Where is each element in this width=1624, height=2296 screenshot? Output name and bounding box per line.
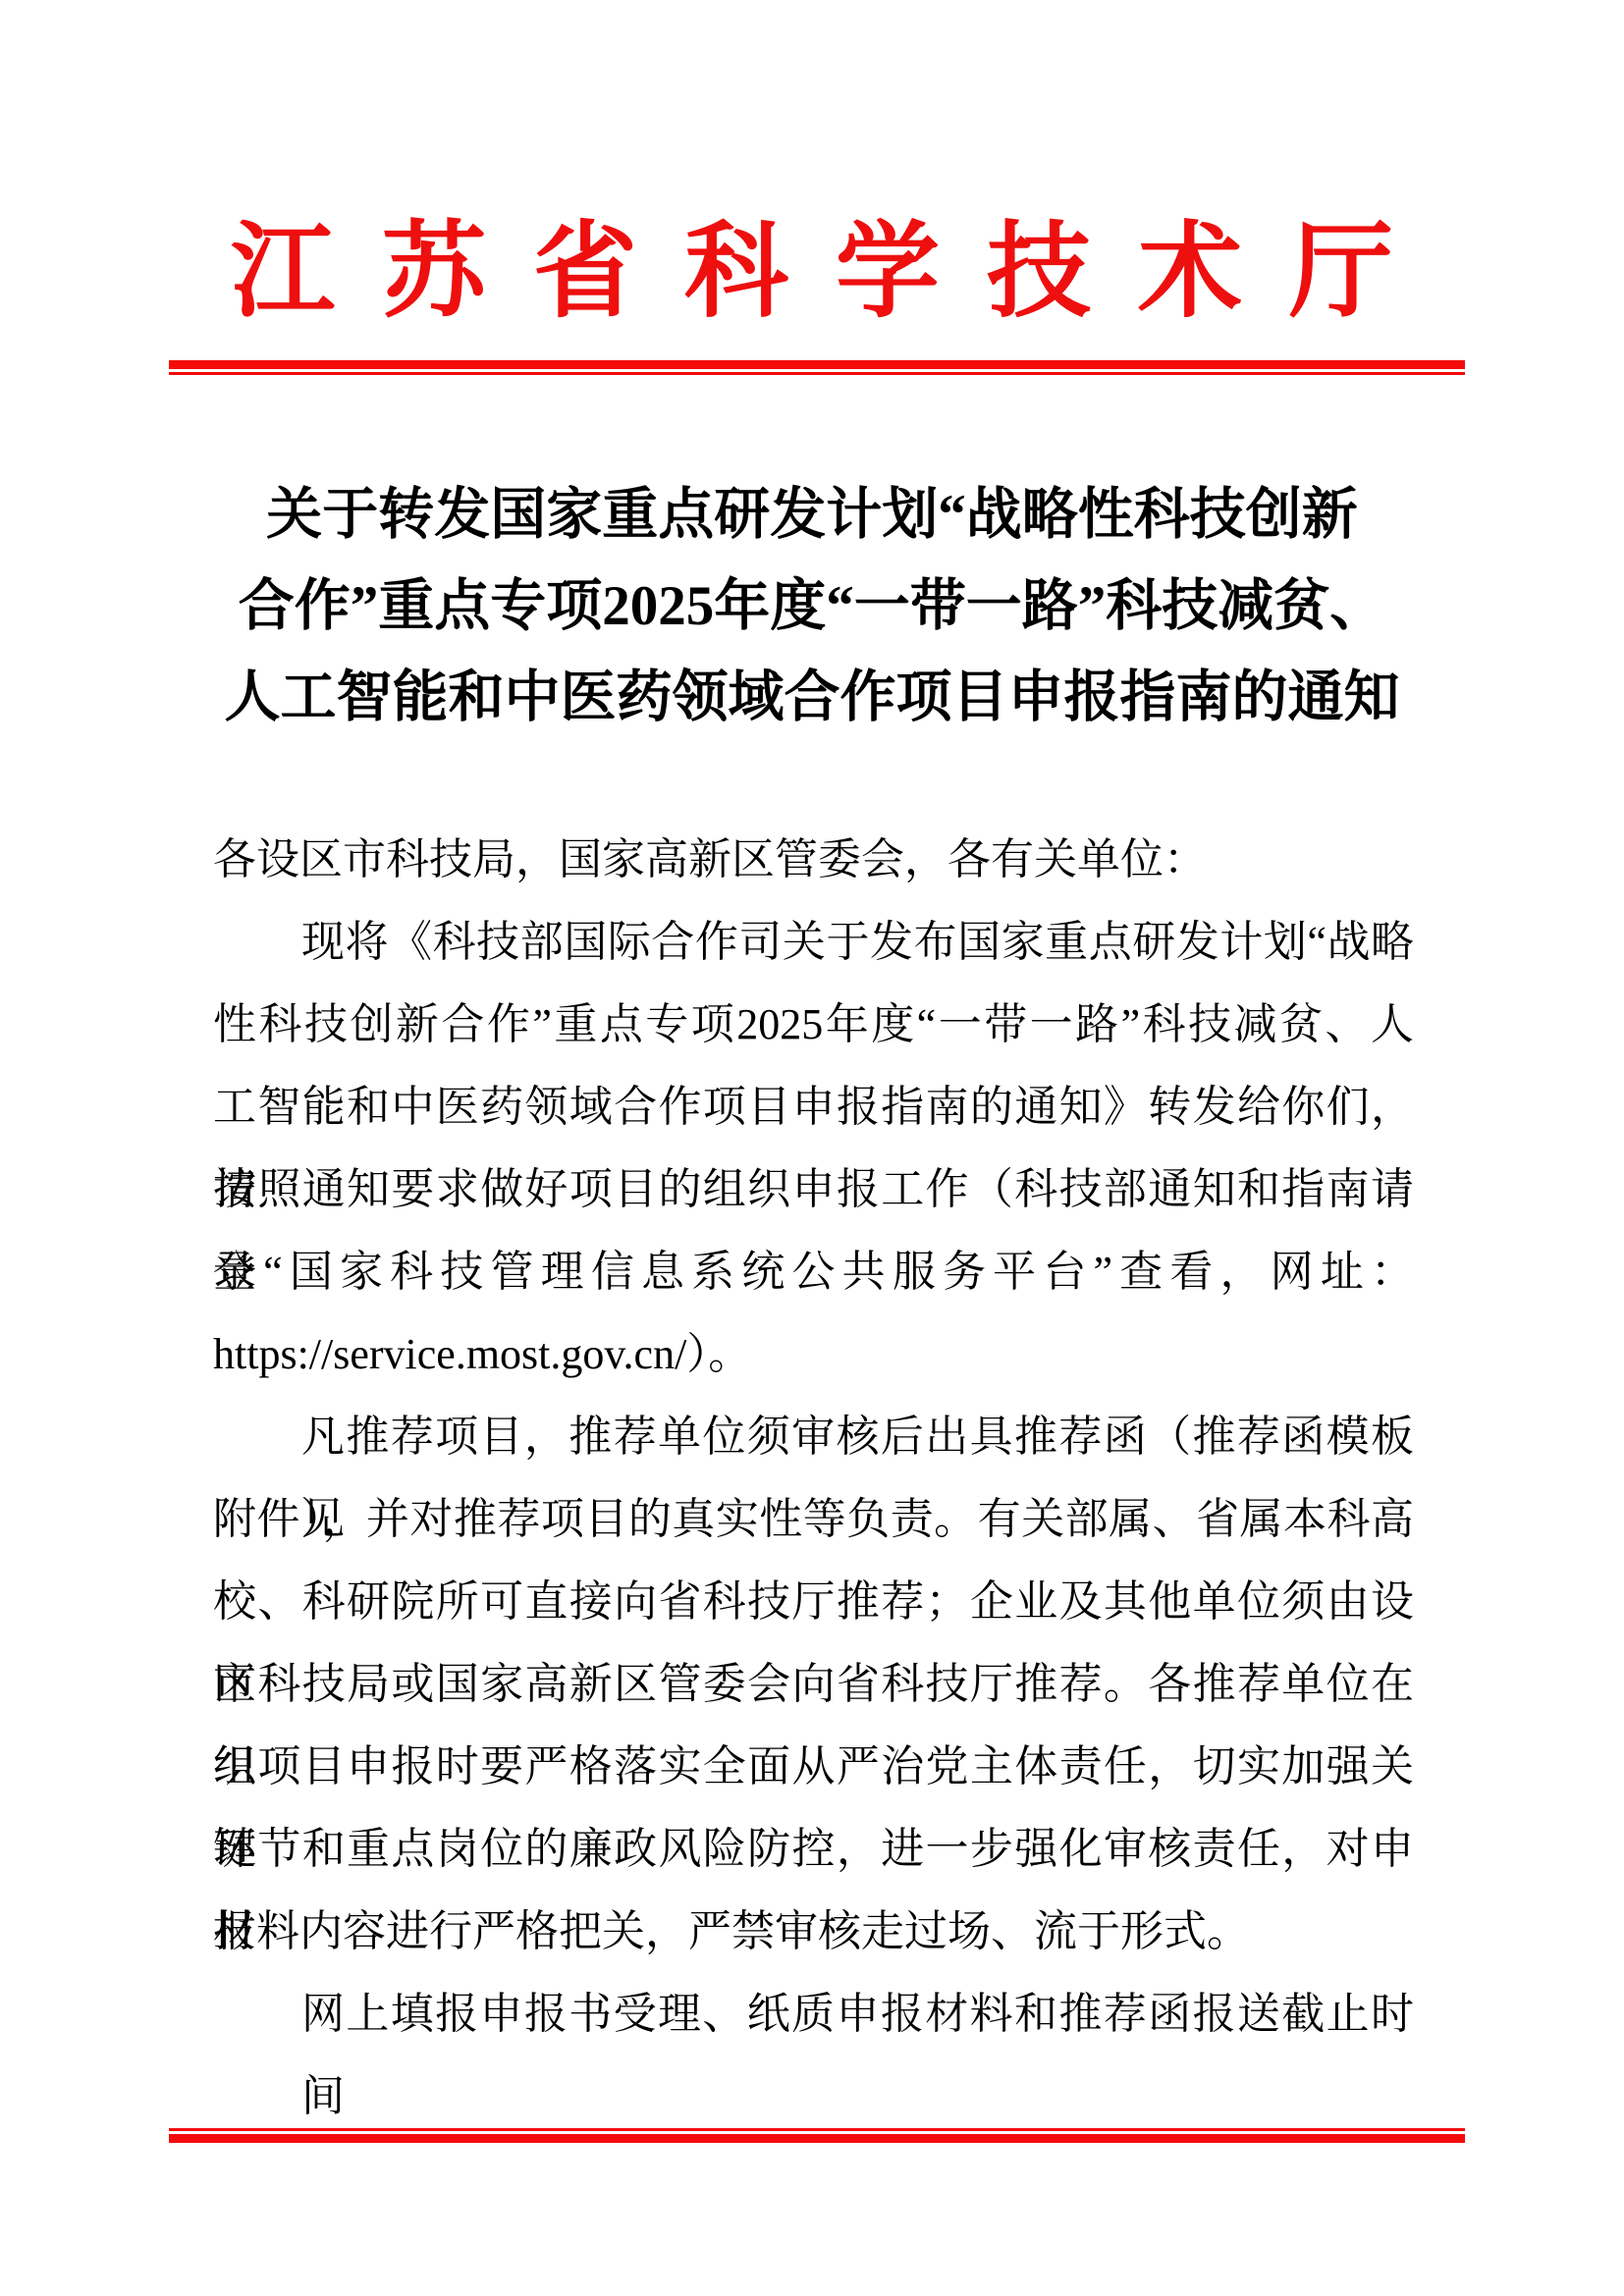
body-text-line: 网上填报申报书受理、纸质申报材料和推荐函报送截止时间 bbox=[213, 1973, 1414, 2056]
document-title-line: 人工智能和中医药领域合作项目申报指南的通知 bbox=[159, 652, 1465, 743]
divider-thick-bar bbox=[169, 2134, 1465, 2143]
body-text-line: 环节和重点岗位的廉政风险防控，进一步强化审核责任，对申报 bbox=[213, 1808, 1414, 1891]
body-text-line: 各设区市科技局，国家高新区管委会，各有关单位： bbox=[213, 819, 1414, 901]
body-text-line: 现将《科技部国际合作司关于发布国家重点研发计划“战略 bbox=[213, 901, 1414, 984]
body-text-line: 校、科研院所可直接向省科技厅推荐；企业及其他单位须由设区 bbox=[213, 1561, 1414, 1643]
body-text-line: 市科技局或国家高新区管委会向省科技厅推荐。各推荐单位在组 bbox=[213, 1643, 1414, 1726]
body-text-line: 凡推荐项目，推荐单位须审核后出具推荐函（推荐函模板见 bbox=[213, 1396, 1414, 1478]
official-document-page: 江苏省科学技术厅 关于转发国家重点研发计划“战略性科技创新合作”重点专项2025… bbox=[0, 0, 1624, 2296]
body-text-line: 材料内容进行严格把关，严禁审核走过场、流于形式。 bbox=[213, 1891, 1414, 1973]
document-title: 关于转发国家重点研发计划“战略性科技创新合作”重点专项2025年度“一带一路”科… bbox=[159, 469, 1465, 743]
body-text-line: 织项目申报时要严格落实全面从严治党主体责任，切实加强关键 bbox=[213, 1726, 1414, 1808]
document-title-line: 关于转发国家重点研发计划“战略性科技创新 bbox=[159, 469, 1465, 561]
body-text: 各设区市科技局，国家高新区管委会，各有关单位：现将《科技部国际合作司关于发布国家… bbox=[213, 819, 1414, 2056]
body-text-line: 按照通知要求做好项目的组织申报工作（科技部通知和指南请登 bbox=[213, 1148, 1414, 1231]
body-text-line: https://service.most.gov.cn/）。 bbox=[213, 1313, 1414, 1396]
document-title-line: 合作”重点专项2025年度“一带一路”科技减贫、 bbox=[159, 561, 1465, 652]
body-text-line: 附件），并对推荐项目的真实性等负责。有关部属、省属本科高 bbox=[213, 1478, 1414, 1561]
footer-divider-rule bbox=[169, 2128, 1465, 2143]
body-text-line: 录“国家科技管理信息系统公共服务平台”查看，网址： bbox=[213, 1231, 1414, 1313]
divider-thin-bar bbox=[169, 372, 1465, 375]
divider-thick-bar bbox=[169, 360, 1465, 369]
letterhead-agency-name: 江苏省科学技术厅 bbox=[0, 208, 1624, 339]
letterhead-divider-rule bbox=[169, 360, 1465, 375]
body-text-line: 工智能和中医药领域合作项目申报指南的通知》转发给你们，请 bbox=[213, 1066, 1414, 1148]
body-text-line: 性科技创新合作”重点专项2025年度“一带一路”科技减贫、人 bbox=[213, 984, 1414, 1066]
